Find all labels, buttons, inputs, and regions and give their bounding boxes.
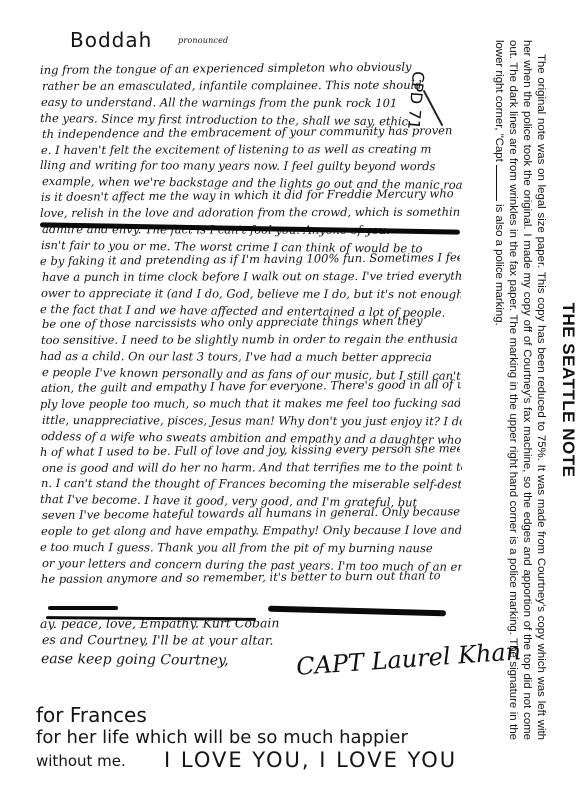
note-line: eople to get along and have empathy. Emp… xyxy=(41,524,461,538)
sidebar-title: THE SEATTLE NOTE xyxy=(558,40,578,740)
note-line: es and Courtney, I'll be at your altar. xyxy=(42,633,273,647)
note-line: love, relish in the love and adoration f… xyxy=(40,206,460,220)
sidebar-body: The original note was on legal size pape… xyxy=(492,40,548,740)
note-line: ease keep going Courtney, xyxy=(41,653,229,668)
seattle-note-sidebar: THE SEATTLE NOTE The original note was o… xyxy=(478,0,583,802)
fax-wrinkle-line xyxy=(268,606,446,617)
note-line: e. I haven't felt the excitement of list… xyxy=(41,142,431,156)
note-line: ittle, unappreciative, pisces, Jesus man… xyxy=(42,414,462,428)
note-line: he passion anymore and so remember, it's… xyxy=(41,569,441,586)
scanned-note-page: Boddah pronounced CPD 71 ing from the to… xyxy=(0,0,583,802)
note-line: easy to understand. All the warnings fro… xyxy=(41,96,397,110)
sidebar-body-text-end: is also a police marking. xyxy=(493,204,505,326)
note-line: is it doesn't affect me the way in which… xyxy=(41,187,454,204)
note-line: ation, the guilt and empathy I have for … xyxy=(41,378,461,395)
fax-wrinkle-line xyxy=(48,606,118,610)
note-line: had as a child. On our last 3 tours, I'v… xyxy=(40,350,432,364)
note-line: ing from the tongue of an experienced si… xyxy=(40,61,412,77)
note-line: seven I've become hateful towards all hu… xyxy=(42,505,462,522)
closing-line-2: for her life which will be so much happi… xyxy=(36,727,408,748)
note-line: too sensitive. I need to be slightly num… xyxy=(41,333,458,347)
note-line: th independence and the embracement of y… xyxy=(42,124,452,141)
sidebar-body-text: The original note was on legal size pape… xyxy=(493,40,547,740)
note-line: n. I can't stand the thought of Frances … xyxy=(41,477,461,491)
note-heading-annotation: pronounced xyxy=(178,36,228,45)
note-line: one is good and will do her no harm. And… xyxy=(42,460,462,474)
note-line: e too much I guess. Thank you all from t… xyxy=(40,541,433,555)
note-line: lling and writing for too many years now… xyxy=(40,159,435,173)
closing-line-4: I LOVE YOU, I LOVE YOU xyxy=(164,748,457,772)
note-line: ower to appreciate it (and I do, God, be… xyxy=(41,287,461,301)
note-line: be one of those narcissists who only app… xyxy=(42,315,423,331)
police-marking-slash xyxy=(423,90,444,126)
signature-blank xyxy=(496,165,498,201)
note-line: ply love people too much, so much that i… xyxy=(40,397,460,411)
note-line: rather be an emasculated, infantile comp… xyxy=(42,79,422,93)
closing-line-1: for Frances xyxy=(36,703,147,727)
note-line: e by faking it and pretending as if I'm … xyxy=(40,251,460,268)
closing-line-3: without me. xyxy=(36,752,126,770)
note-heading: Boddah xyxy=(70,28,152,52)
note-line: h of what I used to be. Full of love and… xyxy=(40,442,460,459)
note-line: have a punch in time clock before I walk… xyxy=(42,269,462,283)
